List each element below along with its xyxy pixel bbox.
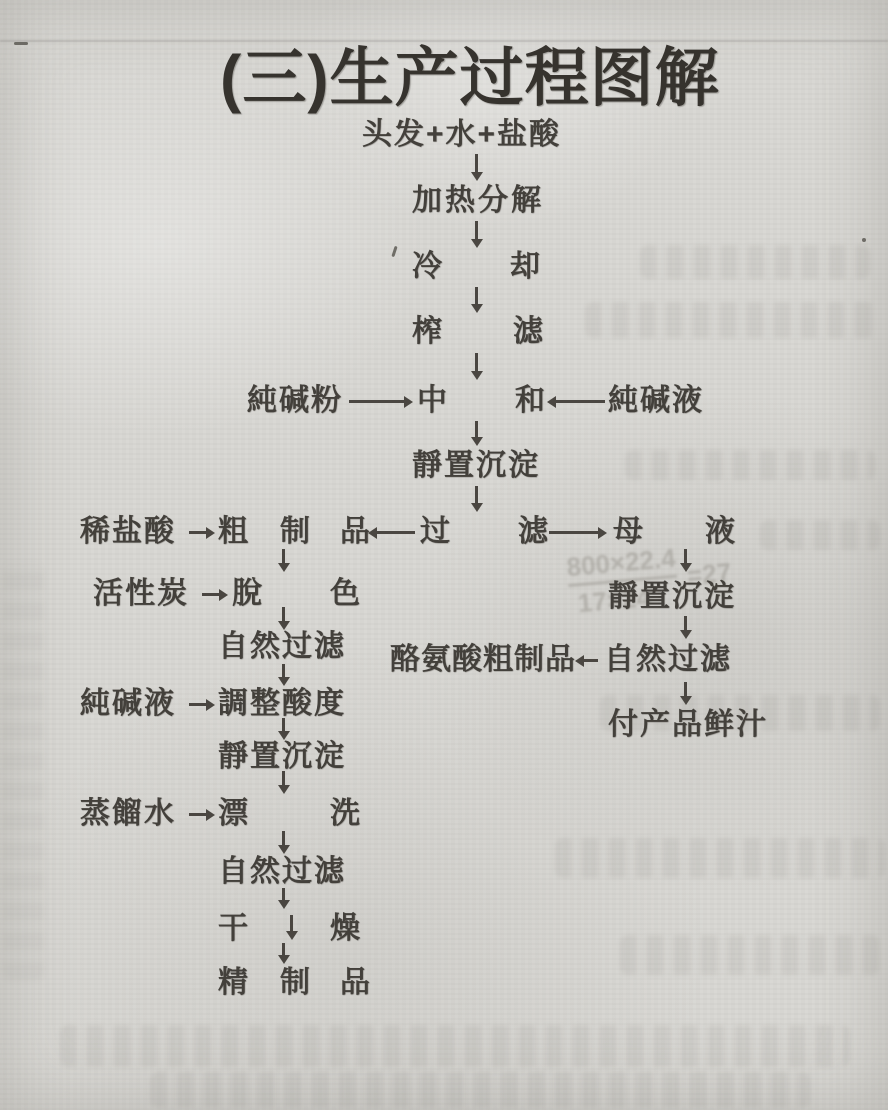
arrow-left-icon (584, 659, 598, 662)
arrow-down-icon (684, 549, 687, 563)
node-crude-product-char-2: 制 (280, 517, 312, 547)
arrow-down-icon (475, 287, 478, 304)
input-distilled-water: 蒸餾水 (80, 799, 176, 829)
arrow-down-icon (282, 607, 285, 621)
arrow-down-icon (475, 421, 478, 437)
ink-speck (862, 238, 866, 242)
arrow-down-icon (282, 771, 285, 785)
node-rinse-char-1: 漂 (218, 799, 250, 829)
arrow-right-icon (189, 813, 206, 816)
arrow-right-icon (349, 400, 404, 403)
bleedthrough-band (625, 450, 875, 480)
input-soda-ash-solution-left: 純碱液 (80, 689, 176, 719)
arrow-down-icon (684, 616, 687, 630)
arrow-down-icon (282, 888, 285, 900)
node-adjust-acidity: 調整酸度 (218, 689, 346, 719)
arrow-right-icon (189, 703, 206, 706)
node-press-filter-char-1: 榨 (412, 317, 444, 347)
node-neutralize-char-2: 和 (515, 386, 547, 416)
arrow-left-icon (377, 531, 415, 534)
node-settle-right: 靜置沉淀 (608, 582, 736, 612)
node-mother-liquor-char-1: 母 (613, 517, 645, 547)
node-decolorize-char-1: 脫 (232, 579, 264, 609)
node-natural-filtration-right: 自然过滤 (604, 645, 732, 675)
arrow-right-icon (549, 531, 598, 534)
bleedthrough-band (555, 838, 885, 878)
ink-speck (14, 42, 28, 45)
input-soda-ash-solution-top: 純碱液 (608, 386, 704, 416)
bleedthrough-band (640, 245, 870, 279)
node-natural-filtration-2: 自然过滤 (218, 857, 346, 887)
arrow-down-icon (282, 718, 285, 731)
node-heating-decomposition: 加热分解 (412, 186, 544, 216)
arrow-right-icon (202, 593, 219, 596)
arrow-down-icon (684, 682, 687, 696)
node-mother-liquor-char-2: 液 (705, 517, 737, 547)
node-byproduct-fresh-juice: 付产品鲜汁 (608, 710, 768, 740)
arrow-left-icon (556, 400, 605, 403)
node-rinse-char-2: 洗 (330, 799, 362, 829)
node-filtration-char-1: 过 (420, 517, 452, 547)
arrow-down-icon (282, 549, 285, 563)
arrow-down-icon (475, 486, 478, 503)
node-refined-product-char-3: 品 (340, 968, 372, 998)
bleedthrough-band (760, 520, 880, 550)
node-crude-product-char-1: 粗 (218, 517, 250, 547)
input-soda-ash-powder: 純碱粉 (247, 386, 343, 416)
node-press-filter-char-2: 滤 (513, 317, 545, 347)
node-dry-char-1: 干 (218, 914, 250, 944)
ink-speck (391, 246, 397, 257)
node-decolorize-char-2: 色 (330, 579, 362, 609)
scanned-page: 800×22.4 17×24 =27 (三)生产过程图解 头发+水+盐酸 加热分… (0, 0, 888, 1110)
node-dry-char-2: 燥 (330, 914, 362, 944)
page-title: (三)生产过程图解 (220, 46, 720, 110)
arrow-down-icon (290, 915, 293, 931)
node-refined-product-char-2: 制 (280, 968, 312, 998)
arrow-down-icon (475, 221, 478, 239)
bleedthrough-fraction-top: 800×22.4 (566, 545, 677, 580)
bleedthrough-band (150, 1072, 810, 1108)
node-cooling-char-1: 冷 (412, 252, 444, 282)
bleedthrough-band (60, 1025, 850, 1067)
node-settle-1: 靜置沉淀 (412, 451, 540, 481)
arrow-down-icon (475, 154, 478, 172)
node-tyrosine-crude-product: 酪氨酸粗制品 (390, 645, 576, 675)
bleedthrough-band (620, 935, 880, 975)
bleedthrough-band (2, 560, 44, 980)
input-activated-carbon: 活性炭 (93, 579, 189, 609)
node-refined-product-char-1: 精 (218, 968, 250, 998)
arrow-down-icon (282, 943, 285, 955)
arrow-down-icon (282, 831, 285, 845)
node-natural-filtration-1: 自然过滤 (218, 632, 346, 662)
node-start-materials: 头发+水+盐酸 (362, 120, 561, 150)
input-dilute-hydrochloric-acid: 稀盐酸 (80, 517, 176, 547)
node-neutralize-char-1: 中 (417, 386, 449, 416)
arrow-down-icon (282, 664, 285, 677)
node-filtration-char-2: 滤 (518, 517, 550, 547)
node-cooling-char-2: 却 (510, 252, 542, 282)
arrow-down-icon (475, 353, 478, 371)
node-settle-2: 靜置沉淀 (218, 742, 346, 772)
arrow-right-icon (189, 531, 206, 534)
bleedthrough-band (585, 302, 875, 338)
